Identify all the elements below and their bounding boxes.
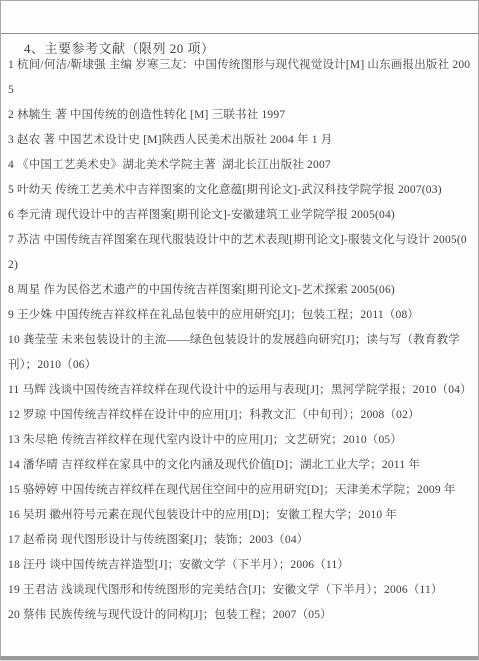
reference-item: 20 蔡伟 民族传统与现代设计的同构[J]；包装工程；2007（05）	[8, 603, 471, 628]
reference-item: 10 龚莹莹 未来包装设计的主流——绿色包装设计的发展趋向研究[J]；读与写（教…	[8, 328, 471, 378]
reference-item: 18 汪丹 谈中国传统吉祥造型[J]；安徽文学（下半月）；2006（11）	[8, 553, 471, 578]
document-page: 4、主要参考文献（限列 20 项） 1 杭间/何洁/靳埭强 主编 岁寒三友：中国…	[0, 0, 479, 660]
reference-item: 6 李元清 现代设计中的吉祥图案[期刊论文]-安徽建筑工业学院学报 2005(0…	[8, 203, 471, 228]
reference-item: 19 王君洁 浅谈现代图形和传统图形的完美结合[J]；安徽文学（下半月）；200…	[8, 578, 471, 603]
reference-item: 15 骆婷婷 中国传统吉祥纹样在现代居住空间中的应用研究[D]；天津美术学院；2…	[8, 478, 471, 503]
reference-item: 17 赵希岗 现代图形设计与传统图案[J]；装饰；2003（04）	[8, 528, 471, 553]
reference-item: 5 叶幼天 传统工艺美术中吉祥图案的文化意蕴[期刊论文]-武汉科技学院学报 20…	[8, 178, 471, 203]
reference-item: 13 朱尽艳 传统吉祥纹样在现代室内设计中的应用[J]；文艺研究；2010（05…	[8, 428, 471, 453]
reference-list: 1 杭间/何洁/靳埭强 主编 岁寒三友：中国传统图形与现代视觉设计[M] 山东画…	[1, 34, 478, 628]
reference-item: 4 《中国工艺美术史》湖北美术学院主著 湖北长江出版社 2007	[8, 153, 471, 178]
reference-item: 9 王少姝 中国传统吉祥纹样在礼品包装中的应用研究[J]；包装工程；2011（0…	[8, 303, 471, 328]
section-header: 4、主要参考文献（限列 20 项）	[1, 1, 478, 34]
reference-item: 3 赵农 著 中国艺术设计史 [M]陕西人民美术出版社 2004 年 1 月	[8, 128, 471, 153]
reference-item: 12 罗琼 中国传统吉祥纹样在设计中的应用[J]；科教文汇（中旬刊）；2008（…	[8, 403, 471, 428]
reference-item: 2 林毓生 著 中国传统的创造性转化 [M] 三联书社 1997	[8, 103, 471, 128]
reference-item: 8 周星 作为民俗艺术遗产的中国传统吉祥图案[期刊论文]-艺术探索 2005(0…	[8, 278, 471, 303]
reference-item: 14 潘华晴 吉祥纹样在家具中的文化内涵及现代价值[D]；湖北工业大学；2011…	[8, 453, 471, 478]
reference-item: 11 马辉 浅谈中国传统吉祥纹样在现代设计中的运用与表现[J]；黑河学院学报；2…	[8, 378, 471, 403]
reference-item: 16 吴玥 徽州符号元素在现代包装设计中的应用[D]；安徽工程大学；2010 年	[8, 503, 471, 528]
reference-item: 7 苏洁 中国传统吉祥图案在现代服装设计中的艺术表现[期刊论文]-服装文化与设计…	[8, 228, 471, 278]
reference-item: 1 杭间/何洁/靳埭强 主编 岁寒三友：中国传统图形与现代视觉设计[M] 山东画…	[8, 53, 471, 103]
